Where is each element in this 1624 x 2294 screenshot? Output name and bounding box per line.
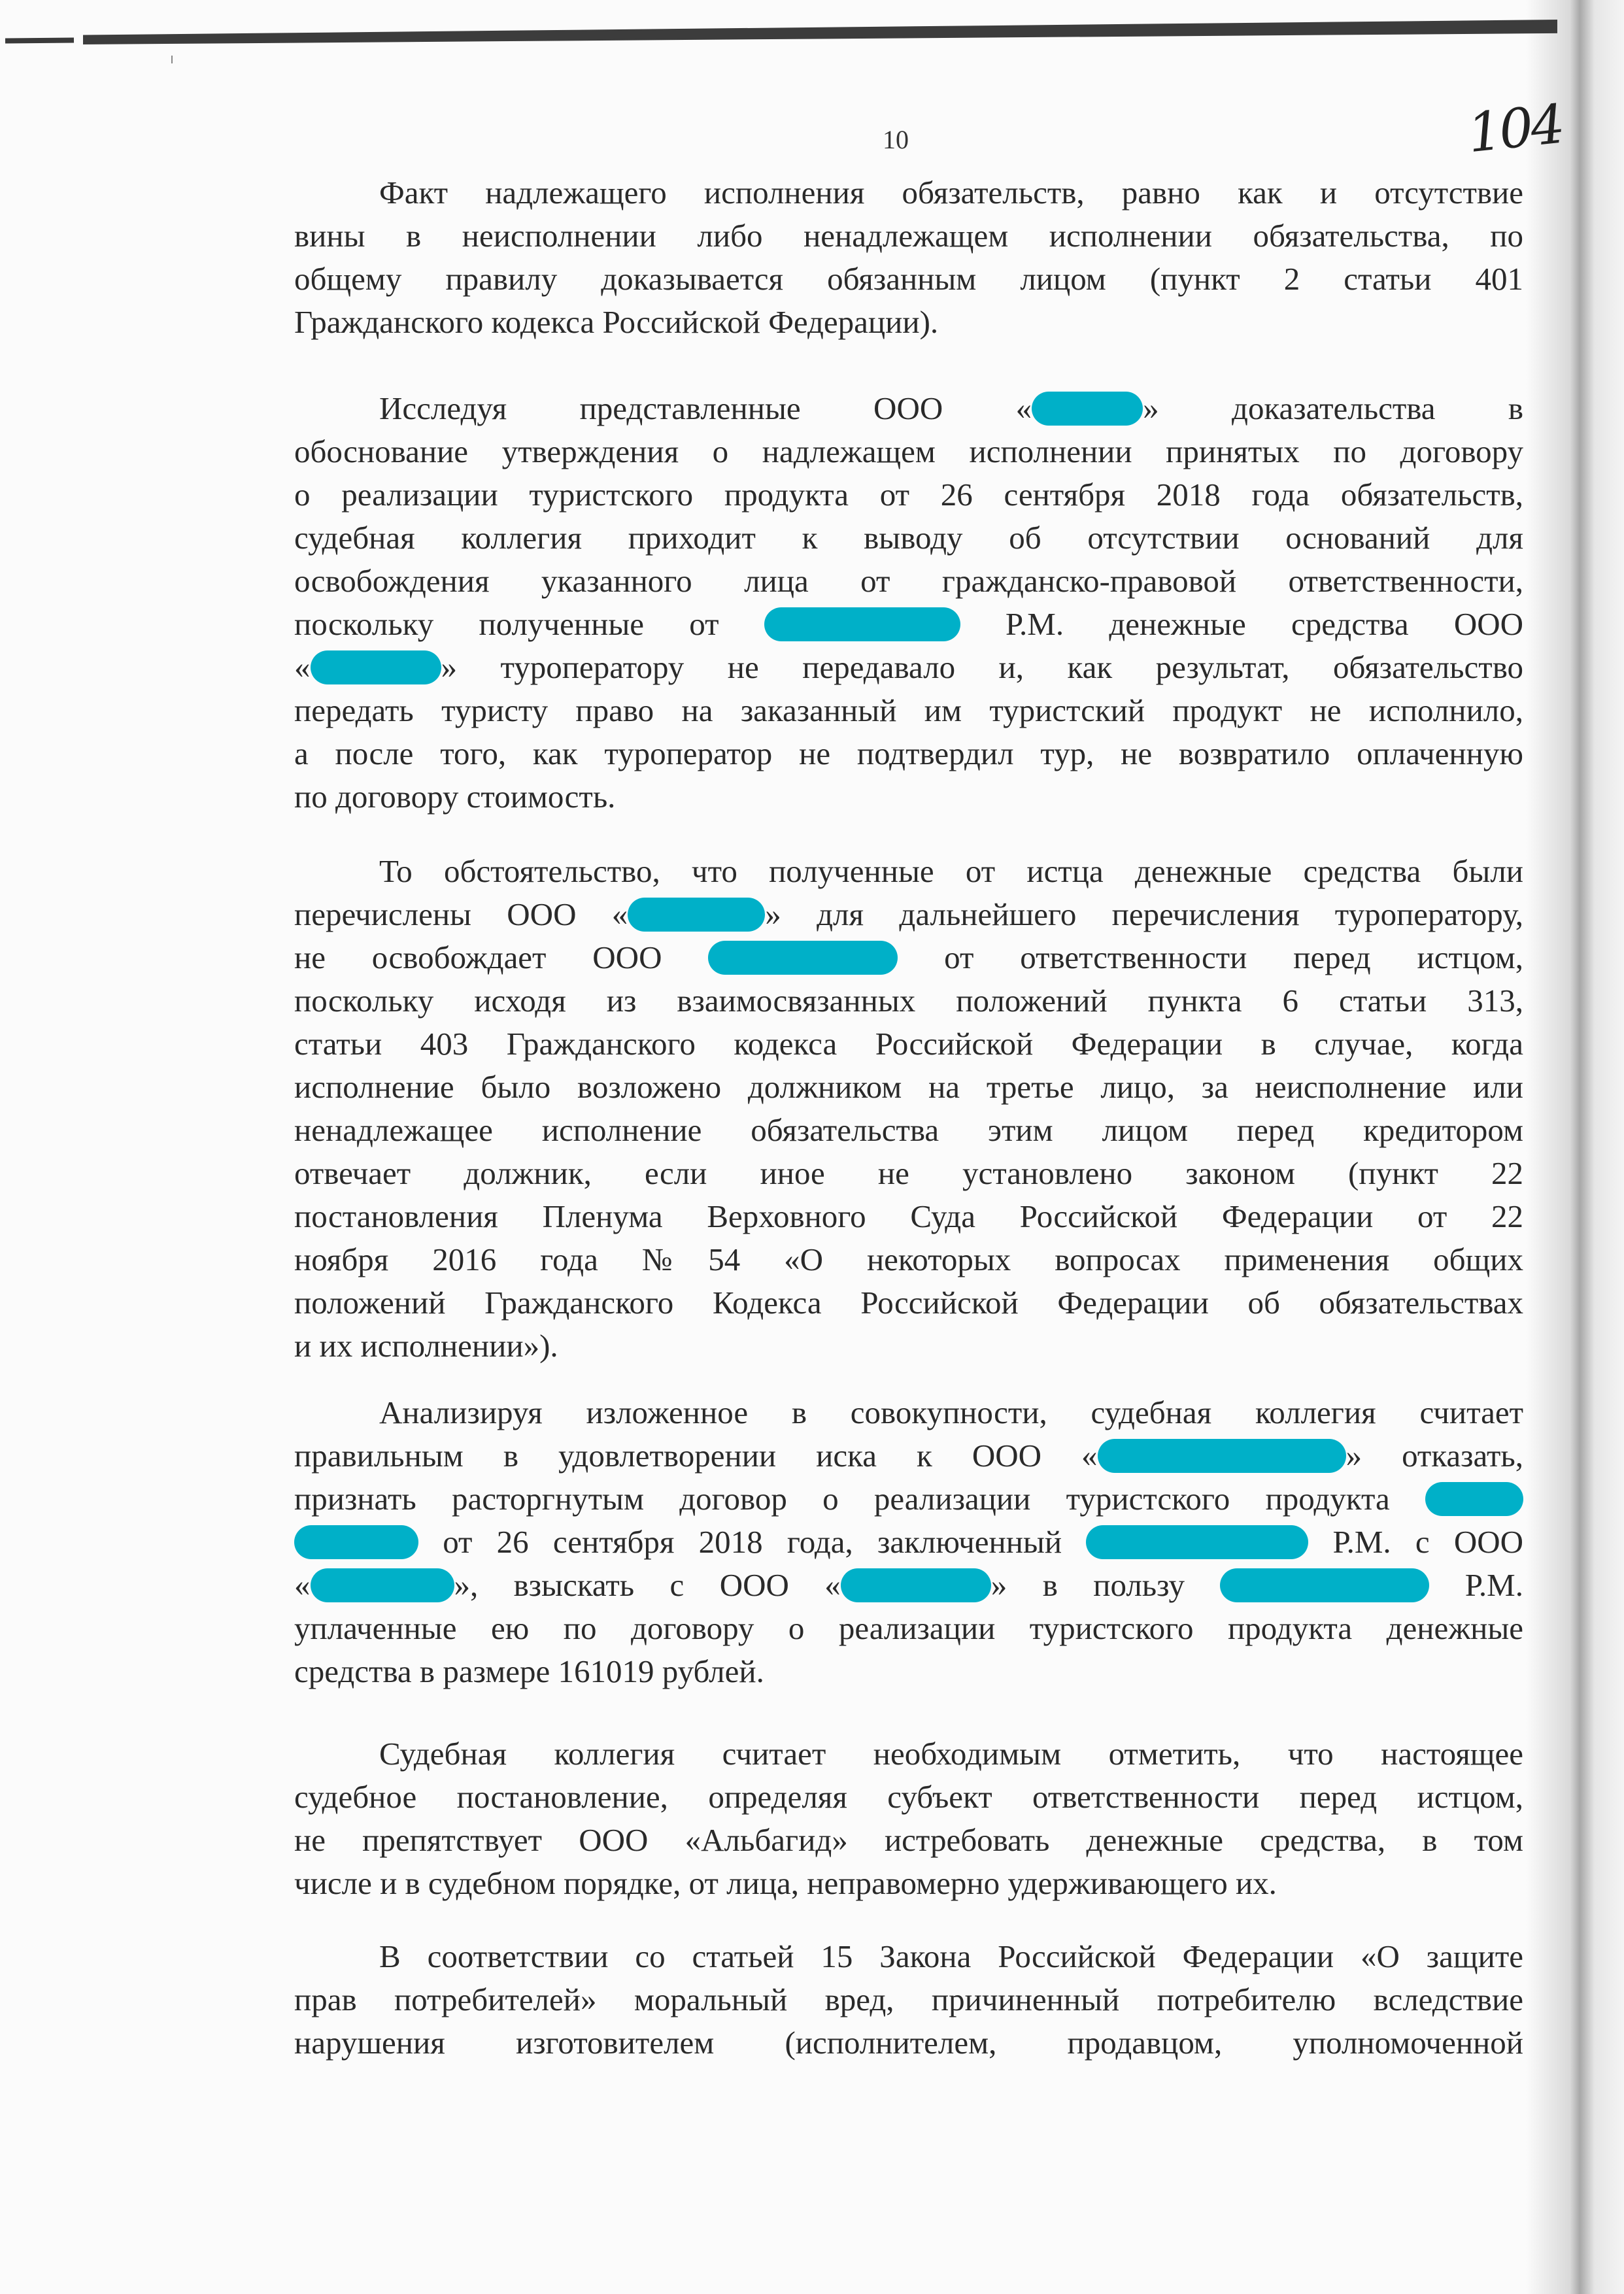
text-line: освобождения указанного лица от гражданс… xyxy=(294,560,1523,603)
text-line: передать туристу право на заказанный им … xyxy=(294,689,1523,732)
text-line: уплаченные ею по договору о реализации т… xyxy=(294,1607,1523,1650)
text-line: «», взыскать с ООО «» в пользу Р.М. xyxy=(294,1564,1523,1607)
text-line: «» туроператору не передавало и, как рез… xyxy=(294,646,1523,689)
redaction-mark xyxy=(841,1568,991,1602)
text-line: прав потребителей» моральный вред, причи… xyxy=(294,1978,1523,2021)
text-segment: от ответственности перед истцом, xyxy=(898,939,1523,975)
text-line: не препятствует ООО «Альбагид» истребова… xyxy=(294,1819,1523,1862)
text-segment: поскольку полученные от xyxy=(294,606,764,642)
redaction-mark xyxy=(628,898,765,932)
text-line: В соответствии со статьей 15 Закона Росс… xyxy=(294,1935,1523,1978)
text-line: Гражданского кодекса Российской Федераци… xyxy=(294,301,1523,344)
scan-artifact xyxy=(171,56,173,63)
text-line: Анализируя изложенное в совокупности, су… xyxy=(294,1391,1523,1434)
redaction-mark xyxy=(764,607,960,641)
text-line: статьи 403 Гражданского кодекса Российск… xyxy=(294,1022,1523,1066)
redaction-mark xyxy=(311,650,441,684)
text-line: и их исполнении»). xyxy=(294,1324,1523,1368)
text-segment: » туроператору не передавало и, как резу… xyxy=(441,649,1524,685)
text-segment: » в пользу xyxy=(991,1567,1221,1603)
text-segment: Исследуя представленные ООО « xyxy=(379,390,1032,426)
scan-edge-bar xyxy=(83,20,1557,44)
text-line: положений Гражданского Кодекса Российско… xyxy=(294,1281,1523,1324)
text-line: о реализации туристского продукта от 26 … xyxy=(294,473,1523,516)
scan-binding-shadow xyxy=(1526,0,1624,2294)
text-line: средства в размере 161019 рублей. xyxy=(294,1650,1523,1693)
redaction-mark xyxy=(1032,392,1143,426)
text-line: поскольку полученные от Р.М. денежные ср… xyxy=(294,603,1523,646)
paragraph-6: В соответствии со статьей 15 Закона Росс… xyxy=(294,1935,1523,2065)
text-line: от 26 сентября 2018 года, заключенный Р.… xyxy=(294,1521,1523,1564)
text-line: по договору стоимость. xyxy=(294,775,1523,818)
text-line: не освобождает ООО от ответственности пе… xyxy=(294,936,1523,979)
redaction-mark xyxy=(1098,1439,1346,1473)
text-line: Судебная коллегия считает необходимым от… xyxy=(294,1732,1523,1776)
paragraph-2: Исследуя представленные ООО «» доказател… xyxy=(294,387,1523,818)
text-segment: не освобождает ООО xyxy=(294,939,708,975)
paragraph-4: Анализируя изложенное в совокупности, су… xyxy=(294,1391,1523,1693)
text-segment: » отказать, xyxy=(1346,1438,1523,1474)
redaction-mark xyxy=(311,1568,454,1602)
handwritten-sheet-number: 104 xyxy=(1464,93,1565,165)
text-segment: » для дальнейшего перечисления туроперат… xyxy=(765,896,1523,932)
text-segment: « xyxy=(294,649,311,685)
text-line: постановления Пленума Верховного Суда Ро… xyxy=(294,1195,1523,1238)
redaction-mark xyxy=(708,941,898,975)
text-line: числе и в судебном порядке, от лица, неп… xyxy=(294,1862,1523,1905)
text-line: вины в неисполнении либо ненадлежащем ис… xyxy=(294,214,1523,258)
text-line: ноября 2016 года №54 «О некоторых вопрос… xyxy=(294,1238,1523,1281)
text-line: перечислены ООО «» для дальнейшего переч… xyxy=(294,893,1523,936)
redaction-mark xyxy=(1086,1525,1308,1559)
text-segment: », взыскать с ООО « xyxy=(454,1567,841,1603)
redaction-mark xyxy=(294,1525,418,1559)
paragraph-1: Факт надлежащего исполнения обязательств… xyxy=(294,171,1523,344)
text-segment: признать расторгнутым договор о реализац… xyxy=(294,1481,1425,1517)
text-line: общему правилу доказывается обязанным ли… xyxy=(294,258,1523,301)
paragraph-5: Судебная коллегия считает необходимым от… xyxy=(294,1732,1523,1905)
text-line: а после того, как туроператор не подтвер… xyxy=(294,732,1523,775)
redaction-mark xyxy=(1220,1568,1429,1602)
text-line: Исследуя представленные ООО «» доказател… xyxy=(294,387,1523,430)
text-segment: » доказательства в xyxy=(1143,390,1523,426)
text-segment: Р.М. с ООО xyxy=(1308,1524,1523,1560)
text-line: исполнение было возложено должником на т… xyxy=(294,1066,1523,1109)
text-line: признать расторгнутым договор о реализац… xyxy=(294,1477,1523,1521)
text-line: Факт надлежащего исполнения обязательств… xyxy=(294,171,1523,214)
text-line: судебная коллегия приходит к выводу об о… xyxy=(294,516,1523,560)
text-line: То обстоятельство, что полученные от ист… xyxy=(294,850,1523,893)
text-line: ненадлежащее исполнение обязательства эт… xyxy=(294,1109,1523,1152)
text-segment: « xyxy=(294,1567,311,1603)
text-line: поскольку исходя из взаимосвязанных поло… xyxy=(294,979,1523,1022)
redaction-mark xyxy=(1425,1482,1523,1516)
page-number: 10 xyxy=(883,124,909,155)
text-segment: от 26 сентября 2018 года, заключенный xyxy=(418,1524,1086,1560)
text-line: обоснование утверждения о надлежащем исп… xyxy=(294,430,1523,473)
text-segment: перечислены ООО « xyxy=(294,896,628,932)
scan-edge-mark xyxy=(5,37,74,43)
text-segment: Р.М. xyxy=(1429,1567,1523,1603)
text-segment: Р.М. денежные средства ООО xyxy=(960,606,1523,642)
text-line: судебное постановление, определяя субъек… xyxy=(294,1776,1523,1819)
paragraph-3: То обстоятельство, что полученные от ист… xyxy=(294,850,1523,1368)
text-segment: правильным в удовлетворении иска к ООО « xyxy=(294,1438,1098,1474)
text-line: отвечает должник, если иное не установле… xyxy=(294,1152,1523,1195)
text-line: нарушения изготовителем (исполнителем, п… xyxy=(294,2021,1523,2065)
text-line: правильным в удовлетворении иска к ООО «… xyxy=(294,1434,1523,1477)
